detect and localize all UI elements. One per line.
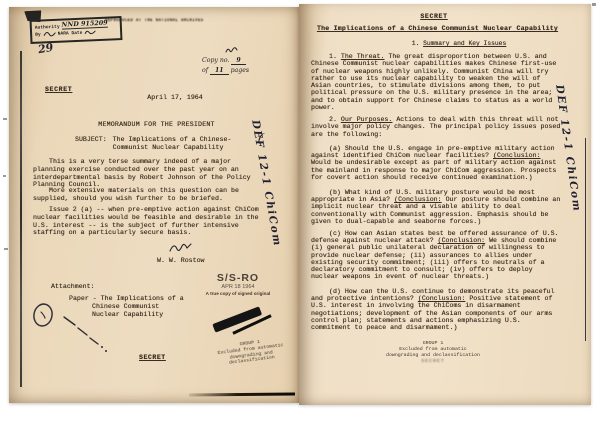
copy-label: Copy no.	[202, 57, 229, 64]
signature-name: W. W. Rostow	[157, 257, 204, 264]
secretariat-stamp: S/S-RO APR 18 1964 A true copy of signed…	[187, 273, 289, 297]
classification-marking-bottom: SECRET	[139, 354, 166, 361]
subject-line2: Communist Nuclear Capability	[113, 144, 224, 151]
item-label: (b)	[329, 189, 341, 196]
scan-artifact	[592, 3, 596, 6]
attachment-line-1: Paper - The Implications of a	[69, 295, 184, 302]
item-label: (a)	[329, 145, 341, 152]
page-binding-edge	[20, 51, 22, 387]
item-label: (c)	[329, 230, 341, 237]
scan-artifact	[4, 248, 8, 250]
pages-value: 11	[210, 67, 229, 75]
policy-issue-b: (b) What kind of U.S. military posture w…	[311, 189, 564, 225]
memo-date: April 17, 1964	[105, 94, 245, 101]
memo-paragraph-2: More extensive materials on this questio…	[33, 187, 261, 203]
paragraph-lead: The Threat.	[341, 53, 385, 60]
subject-block: SUBJECT: The Implications of a Chinese- …	[75, 136, 231, 152]
policy-issue-c: (c) How can Asian states best be offered…	[311, 230, 564, 280]
section-heading: 1. Summary and Key Issues	[339, 40, 579, 47]
memo-paragraph-3: Issue 2 (a) -- when pre-emptive action a…	[33, 206, 261, 237]
handwritten-date	[84, 28, 96, 36]
memo-paragraph-1: This is a very terse summary indeed of a…	[33, 158, 261, 189]
sso-stamp-note: A true copy of signed original	[187, 291, 289, 297]
memo-heading: MEMORANDUM FOR THE PRESIDENT	[49, 121, 264, 128]
conclusion-text: Would be undesirable except as part of m…	[311, 159, 556, 180]
handwritten-page-number: 29	[37, 41, 54, 56]
summary-page: SECRET The Implications of a Chinese Com…	[299, 4, 591, 405]
section-number: 1.	[412, 40, 420, 47]
archives-header-smudge: REPRODUCED AT THE NATIONAL ARCHIVES	[105, 19, 215, 24]
handwritten-initials	[42, 29, 55, 37]
attachment-label: Attachment:	[51, 283, 95, 290]
handwritten-circle-mark	[31, 301, 55, 329]
pages-label: pages	[231, 67, 249, 74]
attachment-line-2: Chinese Communist	[92, 303, 159, 310]
classification-smudge: SECRET	[333, 359, 533, 365]
paragraph-number: 2.	[329, 116, 337, 123]
section-title: Summary and Key Issues	[423, 40, 506, 47]
scan-artifact	[189, 392, 295, 396]
copy-number-note: Copy no. 9 of 11 pages	[202, 56, 249, 76]
purposes-paragraph: 2. Our Purposes. Actions to deal with th…	[311, 116, 564, 138]
by-label: By	[35, 32, 41, 37]
sso-stamp-date: APR 18 1964	[187, 284, 289, 291]
handwritten-check-mark	[225, 46, 239, 54]
of-label: of	[202, 67, 208, 74]
paper-title: The Implications of a Chinese Communist …	[311, 25, 564, 32]
scan-artifact	[3, 118, 7, 120]
handwritten-signature-initials	[169, 241, 193, 254]
paragraph-lead: Our Purposes.	[341, 116, 392, 123]
nara-date-label: NARA Date	[58, 30, 83, 36]
item-label: (d)	[329, 288, 341, 295]
paragraph-text: The great disproportion between U.S. and…	[311, 53, 556, 111]
memo-page: Authority NND 915209 By NARA Date 29 REP…	[9, 7, 299, 403]
group1-classification-stamp: GROUP 1 Excluded from automatic downgrad…	[333, 341, 533, 365]
document-scan: Authority NND 915209 By NARA Date 29 REP…	[0, 0, 600, 421]
classification-marking-top: SECRET	[299, 13, 569, 20]
subject-line1: The Implications of a Chinese-	[113, 136, 232, 143]
classification-marking-top: SECRET	[45, 86, 72, 93]
copy-value: 9	[231, 57, 245, 65]
sso-stamp-title: S/S-RO	[187, 273, 289, 284]
paragraph-number: 1.	[329, 53, 337, 60]
conclusion-text: We should combine (i) general public uni…	[311, 237, 556, 280]
subject-label: SUBJECT:	[75, 136, 107, 152]
scan-artifact	[3, 175, 6, 177]
margin-pen-line	[585, 138, 586, 341]
policy-issue-a: (a) Should the U.S. engage in pre-emptiv…	[311, 145, 564, 181]
handwritten-scribble	[61, 313, 113, 355]
threat-paragraph: 1. The Threat. The great disproportion b…	[311, 53, 564, 111]
policy-issue-d: (d) How can the U.S. continue to demonst…	[311, 288, 564, 331]
